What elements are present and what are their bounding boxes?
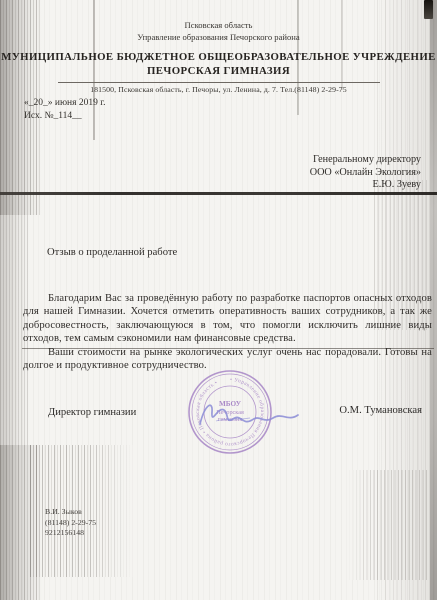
stamp-icon: • Управление образования Печорского райо… <box>183 368 277 458</box>
signer-name: О.М. Тумановская <box>339 405 422 416</box>
footer-mobile: 9212156148 <box>45 528 96 539</box>
signature-icon <box>196 394 302 436</box>
document-title: Отзыв о проделанной работе <box>47 247 177 258</box>
stamp-center-line3: гимназия <box>218 416 243 423</box>
recipient-company: ООО «Онлайн Экология» <box>310 167 421 180</box>
stamp-center-line1: МБОУ <box>219 400 242 408</box>
letterhead-rule <box>58 82 380 83</box>
scan-horizontal-line <box>0 192 437 195</box>
footer-phone: (81148) 2-29-75 <box>45 518 96 529</box>
date-line: «_20_» июня 2019 г. <box>24 97 105 110</box>
stamp-center-line2: Печорская <box>216 409 244 416</box>
letterhead-org-line1: МУНИЦИПАЛЬНОЕ БЮДЖЕТНОЕ ОБЩЕОБРАЗОВАТЕЛЬ… <box>0 50 437 64</box>
letterhead-department: Управление образования Печорского района <box>0 32 437 44</box>
body-paragraph-1: Благодарим Вас за проведённую работу по … <box>23 292 432 346</box>
recipient-position: Генеральному директору <box>310 154 421 167</box>
scan-band-left-bottom <box>0 445 42 600</box>
official-stamp: • Управление образования Печорского райо… <box>183 368 277 458</box>
scan-corner-mark <box>424 0 433 19</box>
footer-contact: В.И. Зыков (81148) 2-29-75 9212156148 <box>45 507 96 539</box>
recipient-block: Генеральному директору ООО «Онлайн Эколо… <box>310 154 421 192</box>
letterhead-org-line2: ПЕЧОРСКАЯ ГИМНАЗИЯ <box>0 64 437 78</box>
footer-contact-name: В.И. Зыков <box>45 507 96 518</box>
letterhead: Псковская область Управление образования… <box>0 20 437 94</box>
stamp-rim-text: • Управление образования Печорского райо… <box>195 377 265 447</box>
letterhead-address: 181500, Псковская область, г. Печоры, ул… <box>0 85 437 94</box>
recipient-person: Е.Ю. Зуеву <box>310 179 421 192</box>
meta-block: «_20_» июня 2019 г. Исх. №_114__ <box>24 97 105 123</box>
scan-cluster-right-low <box>349 470 429 580</box>
letter-body: Благодарим Вас за проведённую работу по … <box>23 292 432 372</box>
scanned-letter-page: Псковская область Управление образования… <box>0 0 437 600</box>
outgoing-number-line: Исх. №_114__ <box>24 110 105 123</box>
svg-text:• Управление образования Печор: • Управление образования Печорского райо… <box>195 377 265 447</box>
handwritten-signature <box>196 394 302 436</box>
letterhead-region: Псковская область <box>0 20 437 32</box>
body-paragraph-2: Ваши стоимости на рынке экологических ус… <box>23 346 432 373</box>
signer-position: Директор гимназии <box>48 407 136 418</box>
